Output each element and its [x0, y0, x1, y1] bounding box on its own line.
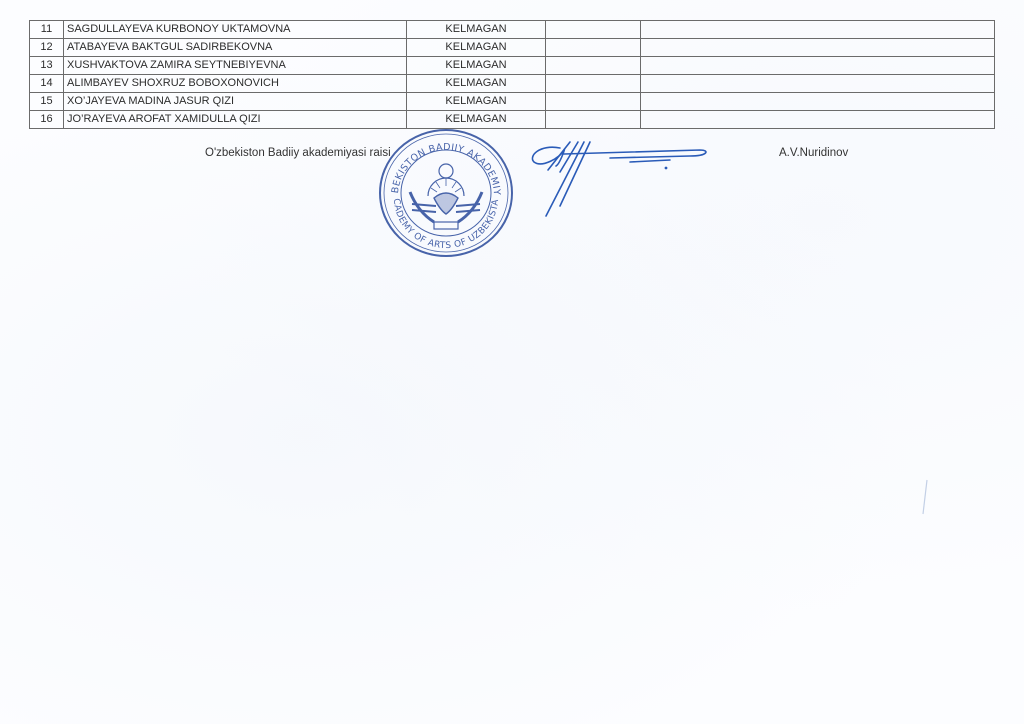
empty-cell — [641, 39, 995, 57]
row-number: 16 — [30, 111, 64, 129]
attendance-status: KELMAGAN — [407, 39, 546, 57]
empty-cell — [546, 21, 641, 39]
ink-mark — [920, 478, 930, 518]
empty-cell — [546, 111, 641, 129]
student-name: JO’RAYEVA AROFAT XAMIDULLA QIZI — [64, 111, 407, 129]
attendance-table: 11SAGDULLAYEVA KURBONOY UKTAMOVNAKELMAGA… — [29, 20, 995, 129]
signature-mark — [520, 136, 720, 226]
student-name: ATABAYEVA BAKTGUL SADIRBEKOVNA — [64, 39, 407, 57]
empty-cell — [546, 57, 641, 75]
row-number: 15 — [30, 93, 64, 111]
svg-text:O'ZBEKISTON BADIIY AKADEMIYASI: O'ZBEKISTON BADIIY AKADEMIYASI — [376, 126, 502, 196]
attendance-status: KELMAGAN — [407, 57, 546, 75]
signatory-position: O'zbekiston Badiiy akademiyasi raisi — [205, 147, 391, 159]
student-name: SAGDULLAYEVA KURBONOY UKTAMOVNA — [64, 21, 407, 39]
empty-cell — [546, 39, 641, 57]
document-page: 11SAGDULLAYEVA KURBONOY UKTAMOVNAKELMAGA… — [0, 0, 1024, 724]
attendance-status: KELMAGAN — [407, 93, 546, 111]
signatory-name: A.V.Nuridinov — [779, 147, 848, 159]
table-row: 11SAGDULLAYEVA KURBONOY UKTAMOVNAKELMAGA… — [30, 21, 995, 39]
empty-cell — [546, 93, 641, 111]
attendance-status: KELMAGAN — [407, 21, 546, 39]
empty-cell — [641, 93, 995, 111]
row-number: 14 — [30, 75, 64, 93]
empty-cell — [641, 57, 995, 75]
table-row: 12ATABAYEVA BAKTGUL SADIRBEKOVNAKELMAGAN — [30, 39, 995, 57]
row-number: 11 — [30, 21, 64, 39]
table-row: 15XO’JAYEVA MADINA JASUR QIZIKELMAGAN — [30, 93, 995, 111]
empty-cell — [641, 75, 995, 93]
table-row: 14ALIMBAYEV SHOXRUZ BOBOXONOVICHKELMAGAN — [30, 75, 995, 93]
student-name: XO’JAYEVA MADINA JASUR QIZI — [64, 93, 407, 111]
row-number: 12 — [30, 39, 64, 57]
empty-cell — [641, 21, 995, 39]
row-number: 13 — [30, 57, 64, 75]
student-name: ALIMBAYEV SHOXRUZ BOBOXONOVICH — [64, 75, 407, 93]
student-name: XUSHVAKTOVA ZAMIRA SEYTNEBIYEVNA — [64, 57, 407, 75]
table-row: 13XUSHVAKTOVA ZAMIRA SEYTNEBIYEVNAKELMAG… — [30, 57, 995, 75]
attendance-status: KELMAGAN — [407, 75, 546, 93]
official-stamp-icon: O'ZBEKISTON BADIIY AKADEMIYASI ACADEMY O… — [376, 126, 516, 260]
empty-cell — [546, 75, 641, 93]
empty-cell — [641, 111, 995, 129]
